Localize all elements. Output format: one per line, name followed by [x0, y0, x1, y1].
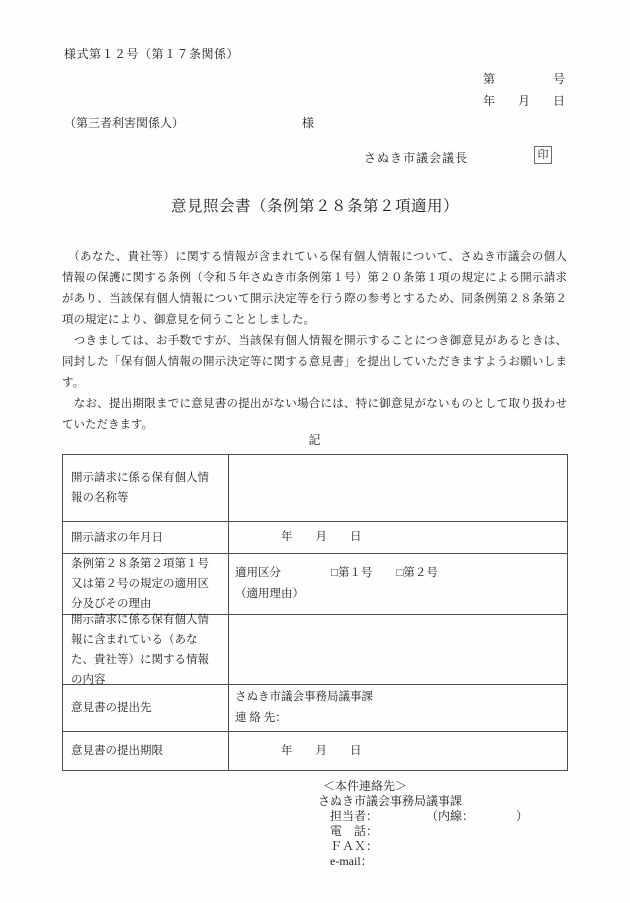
contact-block: ＜本件連絡先＞ さぬき市議会事務局議事課 担当者： （内線： ） 電 話： ＦＡ… [318, 779, 528, 869]
date-line: 年 月 日 [483, 92, 565, 114]
option-no1-label: 第１号 [338, 567, 373, 579]
reason-label: （適用理由） [235, 584, 561, 605]
form-number: 様式第１２号（第１７条関係） [64, 45, 239, 62]
body-line: 同封した「保有個人情報の開示決定等に関する意見書」を提出していただきますようお願… [62, 352, 567, 373]
row-label: 開示請求に係る保有個人情報の名称等 [63, 455, 229, 521]
details-table: 開示請求に係る保有個人情報の名称等 開示請求の年月日 年 月 日 条例第２８条第… [62, 454, 568, 771]
body-line: なお、提出期限までに意見書の提出がない場合には、特に御意見がないものとして取り扱… [62, 394, 567, 415]
body-line: 項の規定により、御意見を伺うこととしました。 [62, 310, 567, 331]
contact-heading: ＜本件連絡先＞ [318, 779, 528, 794]
date-year-label: 年 [483, 92, 495, 114]
date-month-label: 月 [518, 92, 530, 114]
submit-to-org: さぬき市議会事務局議事課 [235, 687, 561, 708]
row-value: 年 月 日 [229, 522, 567, 553]
submit-to-contact: 連 絡 先： [235, 708, 561, 729]
row-value: 年 月 日 [229, 732, 567, 770]
doc-number-block: 第 号 年 月 日 [483, 70, 565, 114]
option-no2-label: 第２号 [403, 567, 438, 579]
row-label: 条例第２８条第２項第１号又は第２号の規定の適用区分及びその理由 [63, 554, 229, 614]
note-marker: 記 [62, 430, 567, 451]
body-line: （あなた、貴社等）に関する情報が含まれている保有個人情報について、さぬき市議会の… [62, 247, 567, 268]
row-value: さぬき市議会事務局議事課 連 絡 先： [229, 685, 567, 731]
table-row-info-content: 開示請求に係る保有個人情報に含まれている（あなた、貴社等）に関する情報の内容 [63, 615, 567, 685]
sender-name: さぬき市議会議長 [364, 151, 468, 165]
body-line: す。 [62, 373, 567, 394]
row-label: 開示請求に係る保有個人情報に含まれている（あなた、貴社等）に関する情報の内容 [63, 615, 229, 684]
row-label: 意見書の提出期限 [63, 732, 229, 770]
applicability-line: 適用区分□第１号□第２号 [235, 563, 561, 584]
applicability-label: 適用区分 [235, 567, 281, 579]
table-row-deadline: 意見書の提出期限 年 月 日 [63, 732, 567, 770]
table-row-submit-to: 意見書の提出先 さぬき市議会事務局議事課 連 絡 先： [63, 685, 567, 732]
table-row-name: 開示請求に係る保有個人情報の名称等 [63, 455, 567, 522]
doc-number-suffix: 号 [553, 70, 565, 92]
doc-number-line: 第 号 [483, 70, 565, 92]
honorific-label: 様 [302, 114, 314, 131]
doc-number-prefix: 第 [483, 70, 495, 92]
row-label: 意見書の提出先 [63, 685, 229, 731]
row-label: 開示請求の年月日 [63, 522, 229, 553]
body-line: があり、当該保有個人情報について開示決定等を行う際の参考とするため、同条例第２８… [62, 289, 567, 310]
checkbox-no1-icon: □ [331, 567, 338, 579]
contact-person-line: 担当者： （内線： ） [318, 809, 528, 824]
body-line: つきましては、お手数ですが、当該保有個人情報を開示することにつき御意見があるとき… [62, 331, 567, 352]
row-value [229, 615, 567, 684]
seal-stamp: 印 [534, 146, 552, 164]
body-line: 情報の保護に関する条例（令和５年さぬき市条例第１号）第２０条第１項の規定による開… [62, 268, 567, 289]
date-day-label: 日 [553, 92, 565, 114]
contact-org: さぬき市議会事務局議事課 [318, 794, 528, 809]
document-title: 意見照会書（条例第２８条第２項適用） [0, 194, 630, 216]
addressee-line: （第三者利害関係人） 様 [64, 114, 484, 132]
table-row-applicability: 条例第２８条第２項第１号又は第２号の規定の適用区分及びその理由 適用区分□第１号… [63, 554, 567, 615]
row-value [229, 455, 567, 521]
body-text: （あなた、貴社等）に関する情報が含まれている保有個人情報について、さぬき市議会の… [62, 247, 567, 436]
sender-line: さぬき市議会議長 印 [364, 149, 574, 166]
document-page: 様式第１２号（第１７条関係） 第 号 年 月 日 （第三者利害関係人） 様 さぬ… [0, 0, 630, 903]
contact-email-line: e-mail： [318, 854, 528, 869]
contact-phone-line: 電 話： [318, 824, 528, 839]
contact-fax-line: ＦＡＸ： [318, 839, 528, 854]
addressee-label: （第三者利害関係人） [64, 116, 184, 130]
row-value: 適用区分□第１号□第２号 （適用理由） [229, 554, 567, 614]
table-row-request-date: 開示請求の年月日 年 月 日 [63, 522, 567, 554]
